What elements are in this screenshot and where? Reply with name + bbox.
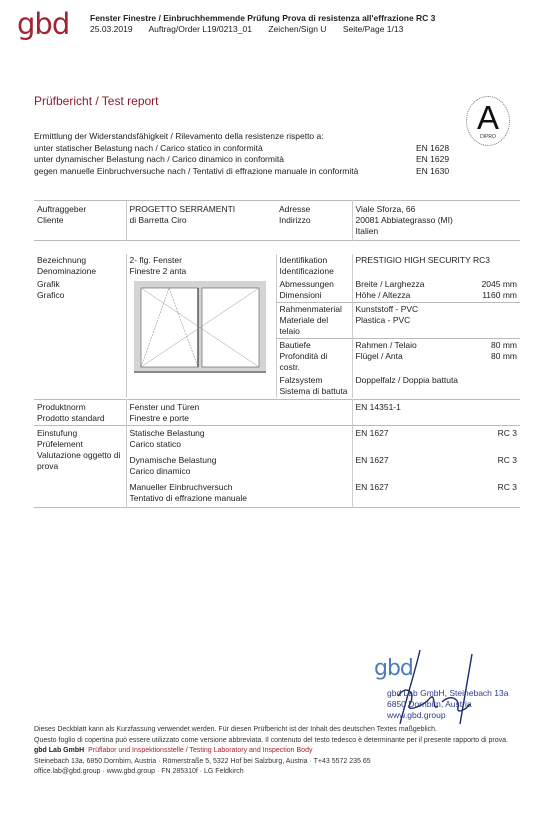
frame-material-label: RahmenmaterialMateriale del telaio (276, 303, 352, 339)
test-norm: EN 1627 (352, 451, 454, 478)
depth-names: Rahmen / TelaioFlügel / Anta (352, 339, 460, 375)
test-norm: EN 1627 (352, 426, 454, 452)
scope-row: unter dynamischer Belastung nach / Caric… (34, 154, 454, 166)
identification-label: IdentifikationIdentificazione (276, 254, 352, 278)
report-title: Prüfbericht / Test report (34, 94, 159, 108)
test-name: Statische BelastungCarico statico (126, 426, 352, 452)
client-label: AuftraggeberCliente (34, 201, 126, 241)
graphic-label: GrafikGrafico (34, 278, 126, 398)
sign-code: Zeichen/Sign U (268, 24, 326, 34)
product-standard-norm: EN 14351-1 (352, 400, 520, 426)
footer-contact: office.lab@gbd.group · www.gbd.group · F… (34, 767, 524, 778)
scope-text: unter statischer Belastung nach / Carico… (34, 143, 263, 155)
document-header: Fenster Finestre / Einbruchhemmende Prüf… (90, 13, 435, 35)
frame-material-value: Kunststoff - PVCPlastica - PVC (352, 303, 520, 339)
footer-note-it: Questo foglio di copertina può essere ut… (34, 736, 524, 747)
footer: Dieses Deckblatt kann als Kurzfassung ve… (34, 725, 524, 778)
scope-norm: EN 1629 (416, 154, 454, 166)
footer-addresses: Steinebach 13a, 6850 Dornbirn, Austria ·… (34, 757, 524, 768)
gbd-logo: gbd (17, 10, 69, 39)
scope-text: gegen manuelle Einbruchversuche nach / T… (34, 166, 358, 178)
product-standard-value: Fenster und TürenFinestre e porte (126, 400, 352, 426)
test-class: RC 3 (454, 426, 520, 452)
client-name: PROGETTO SERRAMENTIdi Barretta Ciro (126, 201, 276, 241)
rebate-value: Doppelfalz / Doppia battuta (352, 374, 520, 398)
designation-label: BezeichnungDenominazione (34, 254, 126, 278)
client-table: AuftraggeberCliente PROGETTO SERRAMENTId… (34, 200, 520, 241)
seal-label: DIPRO (480, 134, 496, 140)
document-meta: 25.03.2019 Auftrag/Order L19/0213_01 Zei… (90, 24, 435, 35)
dimensions-label: AbmessungenDimensioni (276, 278, 352, 303)
test-scope: Ermittlung der Widerstandsfähigkeit / Ri… (34, 131, 454, 177)
signature-icon (372, 648, 532, 728)
product-classification-table: ProduktnormProdotto standard Fenster und… (34, 399, 520, 508)
depth-values: 80 mm80 mm (460, 339, 520, 375)
scope-row: unter statischer Belastung nach / Carico… (34, 143, 454, 155)
document-date: 25.03.2019 (90, 24, 133, 34)
dimensions-names: Breite / LarghezzaHöhe / Altezza (352, 278, 460, 303)
order-number: Auftrag/Order L19/0213_01 (148, 24, 252, 34)
test-name: Manueller EinbruchversuchTentativo di ef… (126, 478, 352, 508)
window-drawing (134, 281, 266, 373)
test-norm: EN 1627 (352, 478, 454, 508)
depth-label: BautiefeProfondità di costr. (276, 339, 352, 375)
footer-note-de: Dieses Deckblatt kann als Kurzfassung ve… (34, 725, 524, 736)
test-name: Dynamische BelastungCarico dinamico (126, 451, 352, 478)
scope-norm: EN 1630 (416, 166, 454, 178)
dimensions-values: 2045 mm1160 mm (460, 278, 520, 303)
test-class: RC 3 (454, 451, 520, 478)
identification-value: PRESTIGIO HIGH SECURITY RC3 (352, 254, 520, 278)
company-stamp: gbd gbd Lab GmbH, Steinebach 13a6850 Dor… (372, 648, 532, 728)
seal-letter: A (477, 102, 499, 134)
document-title: Fenster Finestre / Einbruchhemmende Prüf… (90, 13, 435, 24)
scope-heading: Ermittlung der Widerstandsfähigkeit / Ri… (34, 131, 454, 143)
footer-company: gbd Lab GmbH Prüflabor und Inspektionsst… (34, 746, 524, 757)
product-standard-label: ProduktnormProdotto standard (34, 400, 126, 426)
accreditation-seal-icon: A DIPRO (466, 96, 510, 146)
client-address: Viale Sforza, 6620081 Abbiategrasso (MI)… (352, 201, 520, 241)
test-object-table: BezeichnungDenominazione 2- flg. Fenster… (34, 254, 520, 398)
rebate-label: FalzsystemSistema di battuta (276, 374, 352, 398)
test-class: RC 3 (454, 478, 520, 508)
scope-norm: EN 1628 (416, 143, 454, 155)
classification-label: EinstufungPrüfelementValutazione oggetto… (34, 426, 126, 508)
page-number: Seite/Page 1/13 (343, 24, 404, 34)
address-label: AdresseIndirizzo (276, 201, 352, 241)
scope-row: gegen manuelle Einbruchversuche nach / T… (34, 166, 454, 178)
scope-text: unter dynamischer Belastung nach / Caric… (34, 154, 284, 166)
designation-value: 2- flg. FensterFinestre 2 anta (126, 254, 276, 398)
